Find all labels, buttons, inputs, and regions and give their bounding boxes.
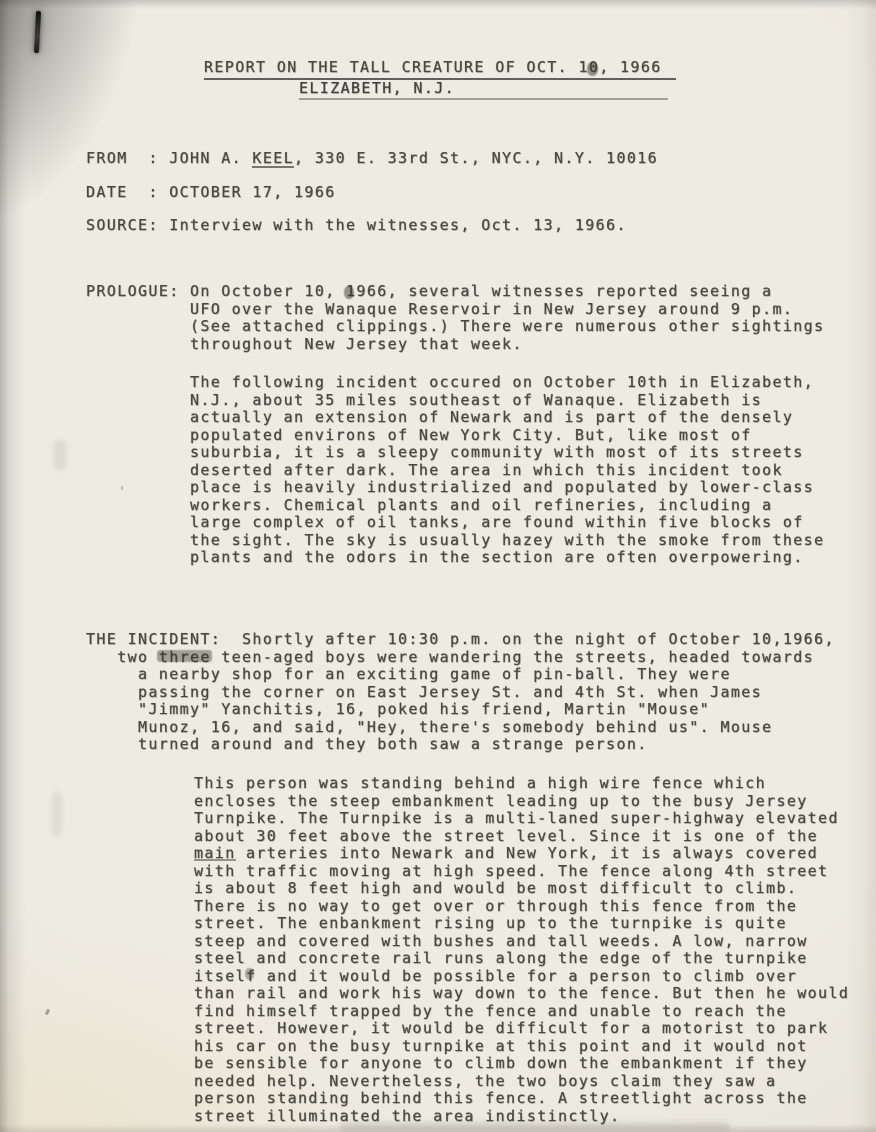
document-page: REPORT ON THE TALL CREATURE OF OCT. 10, … — [0, 0, 876, 1132]
incident-paragraph-1: THE INCIDENT: Shortly after 10:30 p.m. o… — [86, 631, 835, 754]
report-title-line1: REPORT ON THE TALL CREATURE OF OCT. 10, … — [204, 59, 676, 80]
report-title-line2: ELIZABETH, N.J. — [299, 80, 668, 98]
report-title-line2-underline: ELIZABETH, N.J. — [299, 80, 668, 100]
prologue-paragraph-1: PROLOGUE: On October 10, 1966, several w… — [86, 283, 824, 353]
scan-smudge-left-2 — [52, 792, 62, 836]
scan-smudge-left-1 — [54, 440, 66, 470]
meta-from-line: FROM : JOHN A. KEEL, 330 E. 33rd St., NY… — [86, 150, 658, 168]
meta-source-line: SOURCE: Interview with the witnesses, Oc… — [86, 217, 627, 235]
staple-mark — [34, 11, 41, 53]
incident-paragraph-2: This person was standing behind a high w… — [194, 775, 849, 1125]
prologue-paragraph-2: The following incident occured on Octobe… — [86, 374, 824, 567]
meta-date-line: DATE : OCTOBER 17, 1966 — [86, 184, 336, 202]
paper-speck-1 — [45, 1009, 50, 1016]
